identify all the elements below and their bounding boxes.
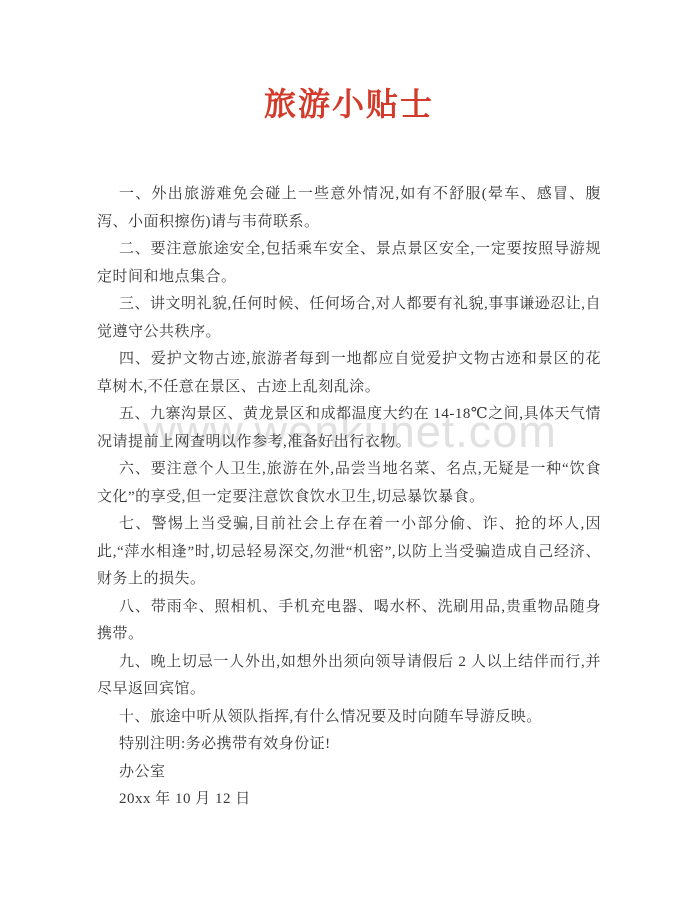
note-line: 特别注明:务必携带有效身份证!: [97, 731, 601, 759]
document-page: www.wenkunet.com 旅游小贴士 一、外出旅游难免会碰上一些意外情况…: [0, 0, 700, 906]
paragraph-8: 八、带雨伞、照相机、手机充电器、喝水杯、洗刷用品,贵重物品随身携带。: [97, 594, 601, 649]
signoff-line: 办公室: [97, 759, 601, 787]
document-title: 旅游小贴士: [97, 84, 601, 124]
paragraph-9: 九、晚上切忌一人外出,如想外出须向领导请假后 2 人以上结伴而行,并尽早返回宾馆…: [97, 649, 601, 704]
paragraph-2: 二、要注意旅途安全,包括乘车安全、景点景区安全,一定要按照导游规定时间和地点集合…: [97, 236, 601, 291]
paragraph-5: 五、九寨沟景区、黄龙景区和成都温度大约在 14-18℃之间,具体天气情况请提前上…: [97, 401, 601, 456]
paragraph-4: 四、爱护文物古迹,旅游者每到一地都应自觉爱护文物古迹和景区的花草树木,不任意在景…: [97, 346, 601, 401]
paragraph-3: 三、讲文明礼貌,任何时候、任何场合,对人都要有礼貌,事事谦逊忍让,自觉遵守公共秩…: [97, 291, 601, 346]
paragraph-10: 十、旅途中听从领队指挥,有什么情况要及时向随车导游反映。: [97, 704, 601, 732]
date-line: 20xx 年 10 月 12 日: [97, 786, 601, 814]
paragraph-6: 六、要注意个人卫生,旅游在外,品尝当地名菜、名点,无疑是一种“饮食文化”的享受,…: [97, 456, 601, 511]
paragraph-7: 七、警惕上当受骗,目前社会上存在着一小部分偷、诈、抢的坏人,因此,“萍水相逢”时…: [97, 511, 601, 594]
document-body: 一、外出旅游难免会碰上一些意外情况,如有不舒服(晕车、感冒、腹泻、小面积擦伤)请…: [97, 181, 601, 814]
paragraph-1: 一、外出旅游难免会碰上一些意外情况,如有不舒服(晕车、感冒、腹泻、小面积擦伤)请…: [97, 181, 601, 236]
